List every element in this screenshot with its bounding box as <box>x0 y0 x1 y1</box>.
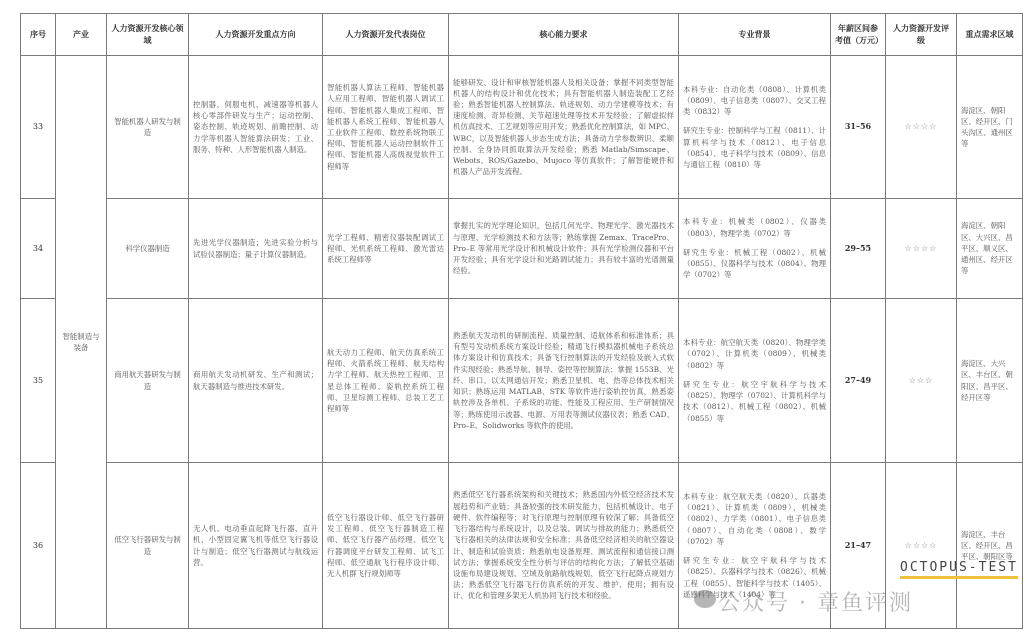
header-rating: 人力资源开发评级 <box>886 14 957 56</box>
background-undergrad: 本科专业：机械类（0802）、仪器类（0803）、物理学类（0702）等 <box>683 216 826 238</box>
salary-cell: 29–55 <box>831 199 886 299</box>
header-core-field: 人力资源开发核心领域 <box>107 14 189 56</box>
abilities-cell: 掌握扎实的光学理论知识，包括几何光学、物理光学、激光器技术与原理、光学检测技术和… <box>449 199 679 299</box>
rating-stars: ☆☆☆☆ <box>886 199 957 299</box>
core-field-cell: 智能机器人研发与制造 <box>107 56 189 199</box>
background-cell: 本科专业：航空航天类（0820）、物理学类（0702）、计算机类（0809）、机… <box>679 299 831 463</box>
region-cell: 海淀区、朝阳区、经开区、门头沟区、通州区等 <box>957 56 1023 199</box>
core-field-cell: 低空飞行器研发与制造 <box>107 463 189 629</box>
focus-cell: 控制器、伺服电机、减速器等机器人核心零部件研发与生产；运动控制、姿态控制、轨迹规… <box>189 56 323 199</box>
region-cell: 海淀区、大兴区、丰台区、朝阳区、昌平区、经开区等 <box>957 299 1023 463</box>
seq-cell: 34 <box>21 199 56 299</box>
region-cell: 海淀区、丰台区、经开区、昌平区、朝阳区等 <box>957 463 1023 629</box>
table-row: 36 低空飞行器研发与制造 无人机、电动垂直起降飞行器、直升机、小型固定翼飞机等… <box>21 463 1023 629</box>
table-row: 33 智能制造与装备 智能机器人研发与制造 控制器、伺服电机、减速器等机器人核心… <box>21 56 1023 199</box>
hr-development-table: 序号 产业 人力资源开发核心领域 人力资源开发重点方向 人力资源开发代表岗位 核… <box>20 13 1023 629</box>
header-row: 序号 产业 人力资源开发核心领域 人力资源开发重点方向 人力资源开发代表岗位 核… <box>21 14 1023 56</box>
header-industry: 产业 <box>56 14 107 56</box>
header-abilities: 核心能力要求 <box>449 14 679 56</box>
wechat-icon <box>694 590 716 608</box>
background-postgrad: 研究生专业：控制科学与工程（0811）、计算机科学与技术（0812）、电子信息（… <box>683 125 826 170</box>
industry-cell: 智能制造与装备 <box>56 56 107 629</box>
focus-cell: 商用航天发动机研发、生产和测试；航天器制造与推进技术研发。 <box>189 299 323 463</box>
seq-cell: 33 <box>21 56 56 199</box>
abilities-cell: 熟悉航天发动机的研制流程、质量控制、适航体系和标准体系；具有型号发动机系统方案设… <box>449 299 679 463</box>
background-cell: 本科专业：机械类（0802）、仪器类（0803）、物理学类（0702）等 研究生… <box>679 199 831 299</box>
region-cell: 海淀区、朝阳区、大兴区、昌平区、顺义区、通州区、经开区等 <box>957 199 1023 299</box>
background-undergrad: 本科专业：航空航天类（0820）、兵器类（0821）、计算机类（0809）、机械… <box>683 491 826 547</box>
header-seq: 序号 <box>21 14 56 56</box>
positions-cell: 航天动力工程师、航天仿真系统工程师、火箭系统工程师、航天结构力学工程师、航天热控… <box>323 299 449 463</box>
focus-cell: 无人机、电动垂直起降飞行器、直升机、小型固定翼飞机等低空飞行器设计与制造；低空飞… <box>189 463 323 629</box>
seq-cell: 36 <box>21 463 56 629</box>
rating-stars: ☆☆☆ <box>886 299 957 463</box>
abilities-cell: 熟悉低空飞行器系统架构和关键技术；熟悉国内外低空经济技术发展趋势和产业链；具备较… <box>449 463 679 629</box>
background-postgrad: 研究生专业：机械工程（0802）、机械（0855）、仪器科学与技术（0804）、… <box>683 247 826 281</box>
background-cell: 本科专业：自动化类（0808）、计算机类（0809）、电子信息类（0807）、交… <box>679 56 831 199</box>
positions-cell: 光学工程师、精密仪器装配调试工程师、光机系统工程师、激光雷达系统工程师等 <box>323 199 449 299</box>
rating-stars: ☆☆☆☆ <box>886 463 957 629</box>
header-focus: 人力资源开发重点方向 <box>189 14 323 56</box>
core-field-cell: 商用航天器研发与制造 <box>107 299 189 463</box>
header-background: 专业背景 <box>679 14 831 56</box>
salary-cell: 27–49 <box>831 299 886 463</box>
rating-stars: ☆☆☆☆ <box>886 56 957 199</box>
header-region: 重点需求区域 <box>957 14 1023 56</box>
focus-cell: 先进光学仪器制造；先进实验分析与试验仪器制造；量子计算仪器制造。 <box>189 199 323 299</box>
core-field-cell: 科学仪器制造 <box>107 199 189 299</box>
header-positions: 人力资源开发代表岗位 <box>323 14 449 56</box>
table-row: 35 商用航天器研发与制造 商用航天发动机研发、生产和测试；航天器制造与推进技术… <box>21 299 1023 463</box>
background-postgrad: 研究生专业：航空宇航科学与技术（0825）、物理学（0702）、计算机科学与技术… <box>683 379 826 424</box>
header-salary: 年薪区间参考值（万元） <box>831 14 886 56</box>
salary-cell: 31–56 <box>831 56 886 199</box>
positions-cell: 智能机器人算法工程师、智能机器人应用工程师、智能机器人调试工程师、智能机器人集成… <box>323 56 449 199</box>
abilities-cell: 能够研发、设计和审核智能机器人及相关设备；掌握不同类型智能机器人的结构设计和优化… <box>449 56 679 199</box>
table-row: 34 科学仪器制造 先进光学仪器制造；先进实验分析与试验仪器制造；量子计算仪器制… <box>21 199 1023 299</box>
salary-cell: 21–47 <box>831 463 886 629</box>
background-undergrad: 本科专业：自动化类（0808）、计算机类（0809）、电子信息类（0807）、交… <box>683 84 826 118</box>
positions-cell: 低空飞行器设计师、低空飞行器研发工程师、低空飞行器制造工程师、低空飞行器产品经理… <box>323 463 449 629</box>
seq-cell: 35 <box>21 299 56 463</box>
background-undergrad: 本科专业：航空航天类（0820）、物理学类（0702）、计算机类（0809）、机… <box>683 337 826 371</box>
